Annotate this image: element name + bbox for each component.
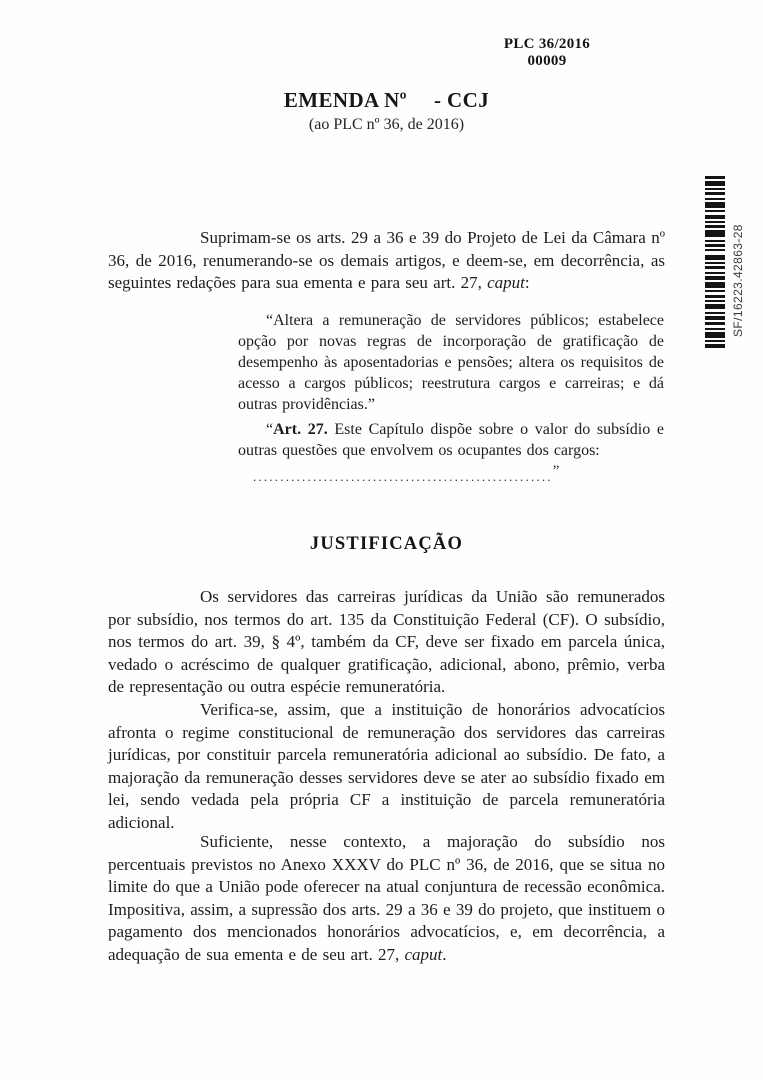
document-page: PLC 36/2016 00009 EMENDA Nº- CCJ (ao PLC…: [0, 0, 763, 1080]
paragraph-suppression: Suprimam-se os arts. 29 a 36 e 39 do Pro…: [108, 227, 665, 295]
dotted-leader: ........................................…: [253, 463, 593, 485]
page-title: EMENDA Nº- CCJ: [108, 88, 665, 113]
paragraph-conclusion: Suficiente, nesse contexto, a majoração …: [108, 831, 665, 967]
header-reference: PLC 36/2016 00009: [447, 36, 647, 70]
quoted-art-27: “Art. 27. Este Capítulo dispõe sobre o v…: [238, 419, 664, 461]
justification-heading: JUSTIFICAÇÃO: [108, 534, 665, 555]
quoted-ementa: “Altera a remuneração de servidores públ…: [238, 310, 664, 415]
paragraph-remuneration: Os servidores das carreiras jurídicas da…: [108, 586, 665, 699]
dotted-leader-dots: ........................................…: [253, 469, 553, 484]
barcode: [705, 176, 725, 348]
page-number: 00009: [447, 53, 647, 70]
title-block: EMENDA Nº- CCJ (ao PLC nº 36, de 2016): [108, 88, 665, 134]
title-main: EMENDA Nº: [284, 88, 407, 112]
barcode-code: SF/16223.42863-28: [731, 224, 745, 337]
process-ref: PLC 36/2016: [447, 36, 647, 53]
closing-quote-mark: ”: [553, 463, 560, 479]
title-subtitle: (ao PLC nº 36, de 2016): [108, 116, 665, 134]
paragraph-verification: Verifica-se, assim, que a instituição de…: [108, 699, 665, 835]
title-suffix: - CCJ: [434, 88, 489, 112]
